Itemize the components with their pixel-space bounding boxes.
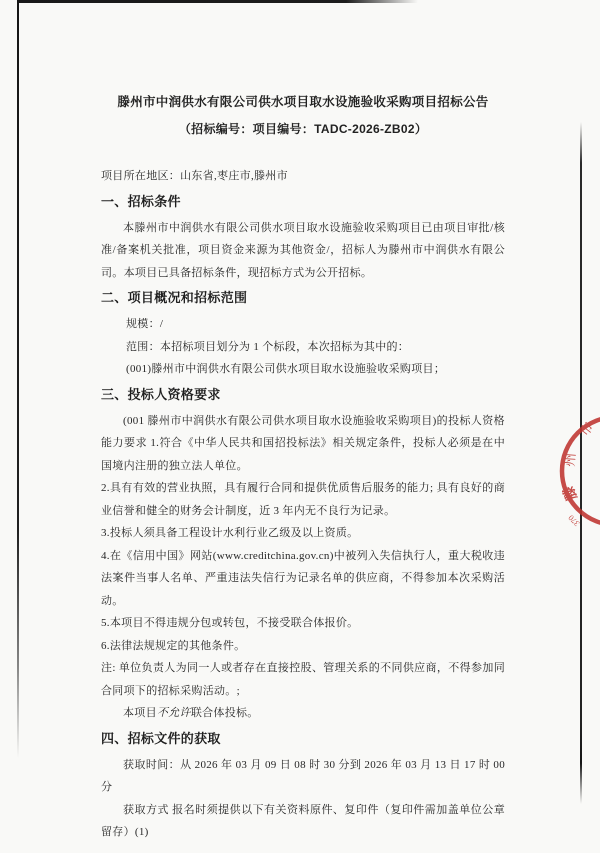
qualification-item6: 6.法律法规规定的其他条件。 (101, 635, 505, 658)
qualification-item4: 4.在《信用中国》网站(www.creditchina.gov.cn)中被列入失… (101, 545, 505, 613)
stamp-digits: 370 (567, 513, 582, 528)
scanned-document-page: 市 州 滕 370 滕州市中润供水有限公司供水项目取水设施验收采购项目招标公告 … (0, 0, 600, 853)
consortium-line: 本项目不允许联合体投标。 (101, 702, 505, 725)
qualification-intro: (001 滕州市中润供水有限公司供水项目取水设施验收采购项目)的投标人资格能力要… (101, 410, 505, 478)
consortium-prefix: 本项目 (123, 707, 157, 719)
section3-heading: 三、投标人资格要求 (101, 386, 505, 403)
obtain-time-line: 获取时间：从 2026 年 03 月 09 日 08 时 30 分到 2026 … (101, 754, 505, 799)
consortium-suffix: 联合体投标。 (191, 707, 259, 719)
tender-number-subtitle: （招标编号：项目编号：TADC-2026-ZB02） (101, 121, 505, 138)
lot-line: (001)滕州市中润供水有限公司供水项目取水设施验收采购项目； (126, 358, 505, 381)
document-title: 滕州市中润供水有限公司供水项目取水设施验收采购项目招标公告 (101, 94, 505, 111)
document-body: 滕州市中润供水有限公司供水项目取水设施验收采购项目招标公告 （招标编号：项目编号… (101, 94, 505, 844)
consortium-emphasis: 不允许 (157, 707, 191, 719)
qualification-item3: 3.投标人须具备工程设计水利行业乙级及以上资质。 (101, 522, 505, 545)
obtain-method-line: 获取方式 报名时须提供以下有关资料原件、复印件（复印件需加盖单位公章留存）(1) (101, 799, 505, 844)
qualification-item2: 2.具有有效的营业执照，具有履行合同和提供优质售后服务的能力; 具有良好的商业信… (101, 477, 505, 522)
section2-heading: 二、项目概况和招标范围 (101, 289, 505, 306)
scope-line: 范围：本招标项目划分为 1 个标段，本次招标为其中的： (126, 336, 505, 359)
section1-paragraph: 本滕州市中润供水有限公司供水项目取水设施验收采购项目已由项目审批/核准/备案机关… (101, 217, 505, 285)
project-location-line: 项目所在地区：山东省,枣庄市,滕州市 (101, 165, 505, 188)
scale-line: 规模：/ (126, 313, 505, 336)
stamp-char-mid: 州 (562, 452, 579, 467)
scan-edge-left (17, 0, 19, 758)
scan-edge-top (18, 0, 418, 3)
section4-heading: 四、招标文件的获取 (101, 730, 505, 747)
qualification-item5: 5.本项目不得违规分包或转包，不接受联合体报价。 (101, 612, 505, 635)
qualification-note: 注: 单位负责人为同一人或者存在直接控股、管理关系的不同供应商，不得参加同合同项… (101, 657, 505, 702)
section1-heading: 一、招标条件 (101, 193, 505, 210)
official-seal-stamp-icon: 市 州 滕 370 (548, 405, 600, 540)
